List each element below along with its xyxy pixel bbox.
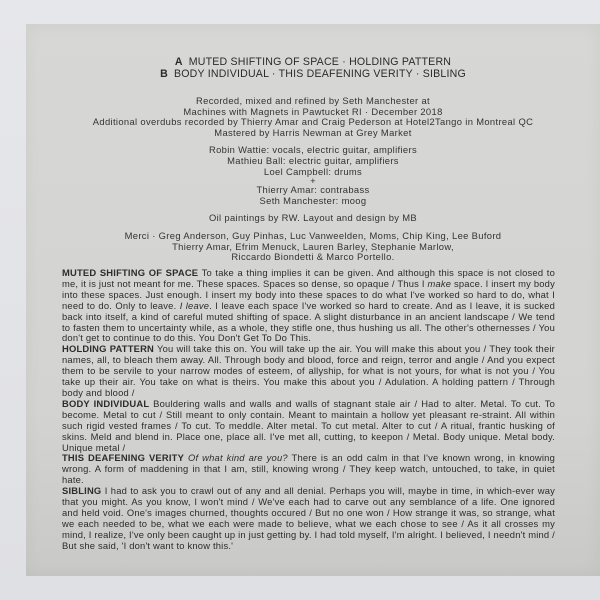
lyric-text: I had to ask you to crawl out of any and… xyxy=(62,485,555,551)
thanks-line: Riccardo Biondetti & Marco Portello. xyxy=(26,252,600,263)
side-tracks: MUTED SHIFTING OF SPACE · HOLDING PATTER… xyxy=(189,56,451,68)
side-letter: A xyxy=(175,56,183,68)
personnel-line: Mathieu Ball: electric guitar, amplifier… xyxy=(26,156,600,167)
credits: Recorded, mixed and refined by Seth Manc… xyxy=(26,96,600,270)
song-title: SIBLING xyxy=(62,485,101,496)
lyric-paragraph: BODY INDIVIDUAL Bouldering walls and wal… xyxy=(62,399,555,454)
credit-line: Mastered by Harris Newman at Grey Market xyxy=(26,128,600,139)
side-tracks: BODY INDIVIDUAL · THIS DEAFENING VERITY … xyxy=(174,68,466,80)
song-title: HOLDING PATTERN xyxy=(62,343,154,354)
credit-line: Recorded, mixed and refined by Seth Manc… xyxy=(26,96,600,107)
lyric-paragraph: SIBLING I had to ask you to crawl out of… xyxy=(62,486,555,551)
recording-credits: Recorded, mixed and refined by Seth Manc… xyxy=(26,96,600,138)
lyric-paragraph: HOLDING PATTERN You will take this on. Y… xyxy=(62,344,555,399)
thanks-line: Merci · Greg Anderson, Guy Pinhas, Luc V… xyxy=(26,231,600,242)
lyrics-section: MUTED SHIFTING OF SPACE To take a thing … xyxy=(62,268,555,552)
song-title: BODY INDIVIDUAL xyxy=(62,398,149,409)
song-title: MUTED SHIFTING OF SPACE xyxy=(62,267,198,278)
personnel-credits: Robin Wattie: vocals, electric guitar, a… xyxy=(26,145,600,206)
liner-notes-insert: AMUTED SHIFTING OF SPACE · HOLDING PATTE… xyxy=(26,24,600,576)
personnel-line: Seth Manchester: moog xyxy=(26,196,600,207)
lyric-paragraph: THIS DEAFENING VERITY Of what kind are y… xyxy=(62,453,555,486)
side-letter: B xyxy=(160,68,168,80)
lyric-paragraph: MUTED SHIFTING OF SPACE To take a thing … xyxy=(62,268,555,344)
thanks-credits: Merci · Greg Anderson, Guy Pinhas, Luc V… xyxy=(26,231,600,263)
lyric-emphasis: make xyxy=(427,278,451,289)
song-title: THIS DEAFENING VERITY xyxy=(62,452,184,463)
tracklist-side-a: AMUTED SHIFTING OF SPACE · HOLDING PATTE… xyxy=(26,56,600,68)
lyric-emphasis: I leave xyxy=(180,300,210,311)
tracklist-side-b: BBODY INDIVIDUAL · THIS DEAFENING VERITY… xyxy=(26,68,600,80)
art-credit: Oil paintings by RW. Layout and design b… xyxy=(26,213,600,224)
lyric-emphasis: Of what kind are you? xyxy=(188,452,288,463)
tracklist: AMUTED SHIFTING OF SPACE · HOLDING PATTE… xyxy=(26,56,600,80)
